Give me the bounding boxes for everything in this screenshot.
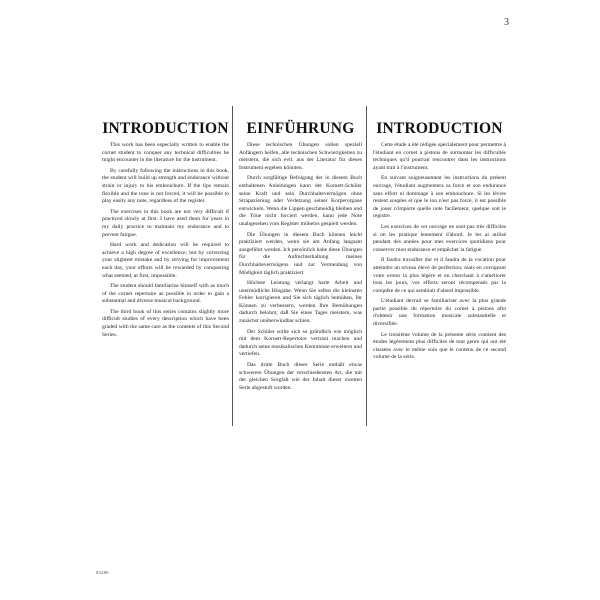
- german-paragraph: Der Schüler sollte sich so gründlich wie…: [239, 329, 362, 359]
- french-paragraph: L'étudiant devrait se familiariser avec …: [373, 298, 506, 328]
- german-paragraph: Höchste Leistung verlangt harte Arbeit u…: [239, 280, 362, 326]
- french-column: INTRODUCTION Cette étude a été rédigée s…: [366, 106, 507, 426]
- page-number: 3: [504, 17, 509, 28]
- footer-catalog-code: 03280: [96, 570, 109, 575]
- english-paragraph: The exercises in this book are not very …: [102, 209, 229, 239]
- french-title: INTRODUCTION: [373, 120, 506, 138]
- english-paragraph: This work has been especially written to…: [102, 142, 229, 165]
- french-paragraph: Les exercices de cet ouvrage ne sont pas…: [373, 224, 506, 254]
- german-paragraph: Die Übungen in diesem Buch können leicht…: [239, 232, 362, 278]
- english-title: INTRODUCTION: [102, 120, 229, 138]
- german-title: EINFÜHRUNG: [239, 120, 362, 138]
- german-paragraph: Das dritte Buch dieser Serie enthält etw…: [239, 362, 362, 392]
- german-column: EINFÜHRUNG Diese technischen Übungen sol…: [232, 106, 366, 426]
- introduction-columns: INTRODUCTION This work has been especial…: [101, 106, 507, 426]
- french-paragraph: Il faudra travailler dur et il faudra de…: [373, 257, 506, 295]
- english-paragraph: By carefully following the instructions …: [102, 168, 229, 206]
- english-paragraph: The third book of this series contains s…: [102, 309, 229, 339]
- german-paragraph: Diese technischen Übungen sollen speziel…: [239, 142, 362, 172]
- german-paragraph: Durch sorgfältige Befolgung der in diese…: [239, 175, 362, 228]
- french-paragraph: Le troisième volume de la présente série…: [373, 332, 506, 362]
- french-paragraph: Cette étude a été rédigée spécialement p…: [373, 142, 506, 172]
- english-paragraph: Hard work and dedication will be require…: [102, 242, 229, 280]
- english-paragraph: The student should familiarize himself w…: [102, 283, 229, 306]
- english-column: INTRODUCTION This work has been especial…: [101, 106, 232, 426]
- french-paragraph: En suivant soigneusement les instruction…: [373, 175, 506, 221]
